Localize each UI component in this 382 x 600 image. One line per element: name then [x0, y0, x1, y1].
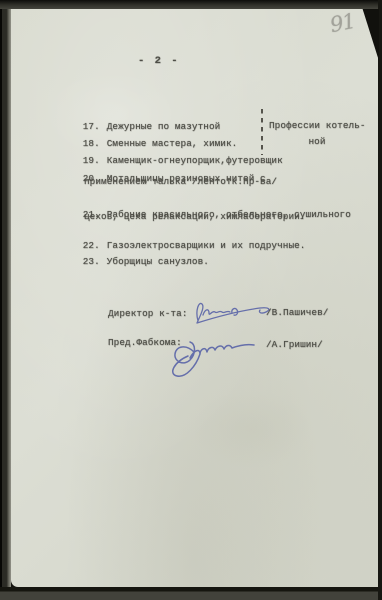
paper-stain: [191, 389, 311, 469]
chairman-signature: [160, 322, 260, 380]
list-item-text: Уборщицы санузлов.: [107, 256, 209, 267]
typed-page-number: - 2 -: [138, 56, 180, 67]
binder-left-edge: [0, 0, 11, 600]
side-note-line2: ной: [269, 136, 365, 147]
list-item-continuation: применением талька /лентотк.пр-ва/: [84, 176, 277, 187]
director-label: Директор к-та:: [108, 308, 188, 319]
list-item: 23.Уборщицы санузлов.: [60, 245, 209, 278]
backdrop-bottom-edge: [0, 587, 382, 600]
handwritten-page-number: 91: [328, 9, 357, 37]
scanned-document-photo: 91 - 2 - 17.Дежурные по мазутной 18.Смен…: [0, 0, 382, 600]
backdrop-right-edge: [378, 0, 382, 600]
list-item-number: 23.: [83, 256, 107, 267]
side-note-bracket: [261, 109, 263, 155]
backdrop-top-edge: [0, 0, 382, 9]
chairman-name: /А.Гришин/: [266, 339, 323, 350]
list-item-continuation: цехов, цеха релаксации, химлаборатории.: [84, 211, 305, 222]
side-note-line1: Профессии котель-: [269, 120, 366, 131]
director-name: /В.Пашичев/: [266, 307, 328, 318]
